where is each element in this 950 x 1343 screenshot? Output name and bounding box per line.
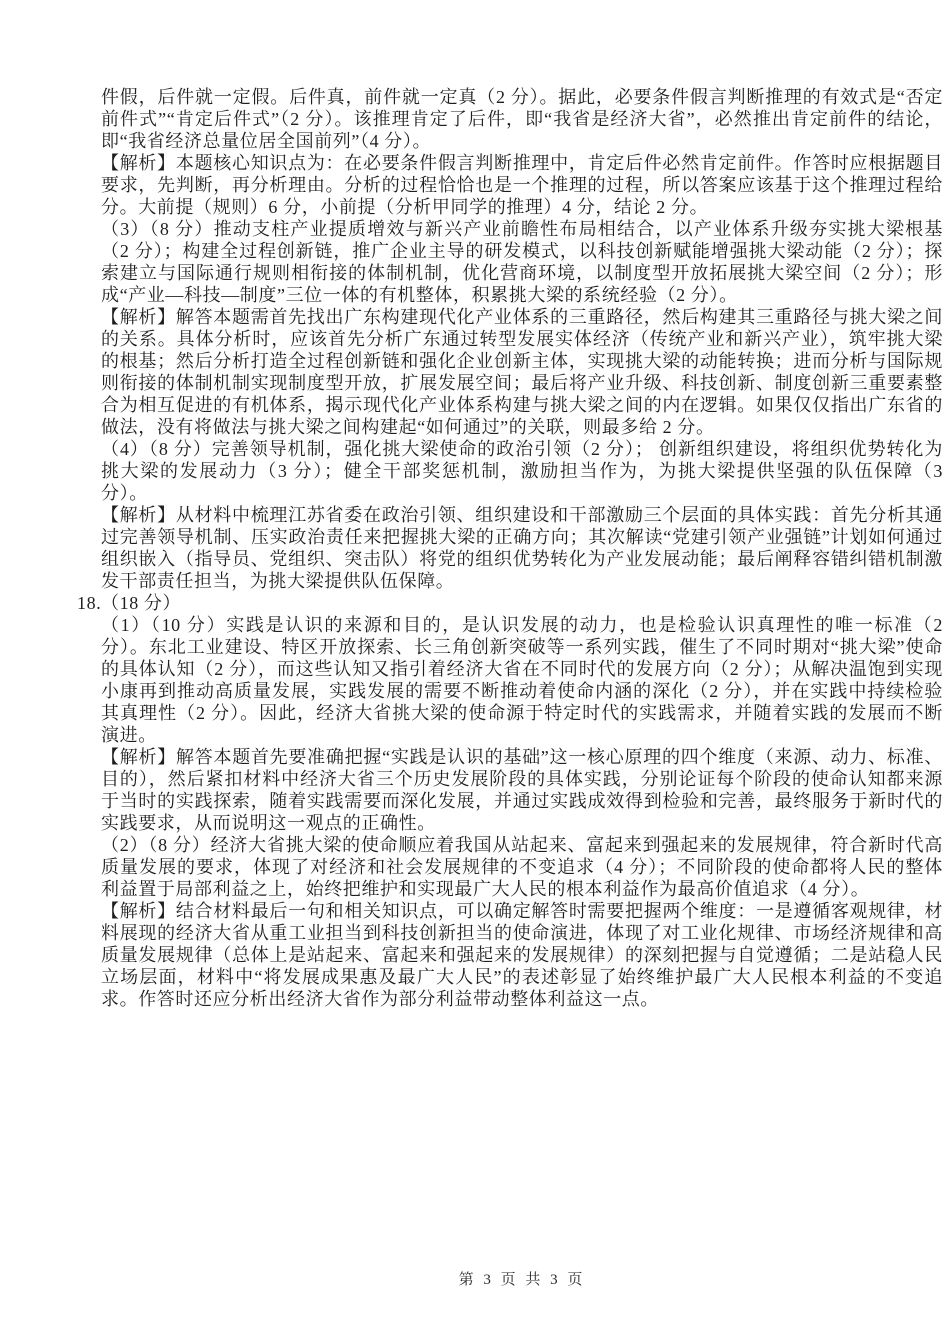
q18-part1-answer: （1）（10 分）实践是认识的来源和目的，是认识发展的动力，也是检验认识真理性的… xyxy=(101,614,943,746)
question-18-number: 18. xyxy=(77,592,101,614)
question-18-heading: 18.（18 分） xyxy=(77,592,943,614)
q18-part2-answer: （2）（8 分）经济大省挑大梁的使命顺应着我国从站起来、富起来到强起来的发展规律… xyxy=(101,834,943,900)
q17-part4-answer: （4）（8 分）完善领导机制，强化挑大梁使命的政治引领（2 分）； 创新组织建设… xyxy=(101,438,943,504)
q17-part4-analysis: 【解析】从材料中梳理江苏省委在政治引领、组织建设和干部激励三个层面的具体实践：首… xyxy=(101,504,943,592)
q17-part3-analysis: 【解析】解答本题需首先找出广东构建现代化产业体系的三重路径，然后构建其三重路径与… xyxy=(101,306,943,438)
page-number-footer: 第 3 页 共 3 页 xyxy=(101,1268,943,1289)
q17-analysis-paragraph: 【解析】本题核心知识点为：在必要条件假言判断推理中，肯定后件必然肯定前件。作答时… xyxy=(101,152,943,218)
document-page: 件假，后件就一定假。后件真，前件就一定真（2 分）。据此，必要条件假言判断推理的… xyxy=(0,0,950,1343)
q17-part3-answer: （3）（8 分）推动支柱产业提质增效与新兴产业前瞻性布局相结合，以产业体系升级夯… xyxy=(101,218,943,306)
q17-answer-continuation: 件假，后件就一定假。后件真，前件就一定真（2 分）。据此，必要条件假言判断推理的… xyxy=(101,86,943,152)
answer-key-content: 件假，后件就一定假。后件真，前件就一定真（2 分）。据此，必要条件假言判断推理的… xyxy=(101,86,943,1010)
q18-part2-analysis: 【解析】结合材料最后一句和相关知识点，可以确定解答时需要把握两个维度：一是遵循客… xyxy=(101,900,943,1010)
question-18-score: （18 分） xyxy=(101,593,181,613)
q18-part1-analysis: 【解析】解答本题首先要准确把握“实践是认识的基础”这一核心原理的四个维度（来源、… xyxy=(101,746,943,834)
